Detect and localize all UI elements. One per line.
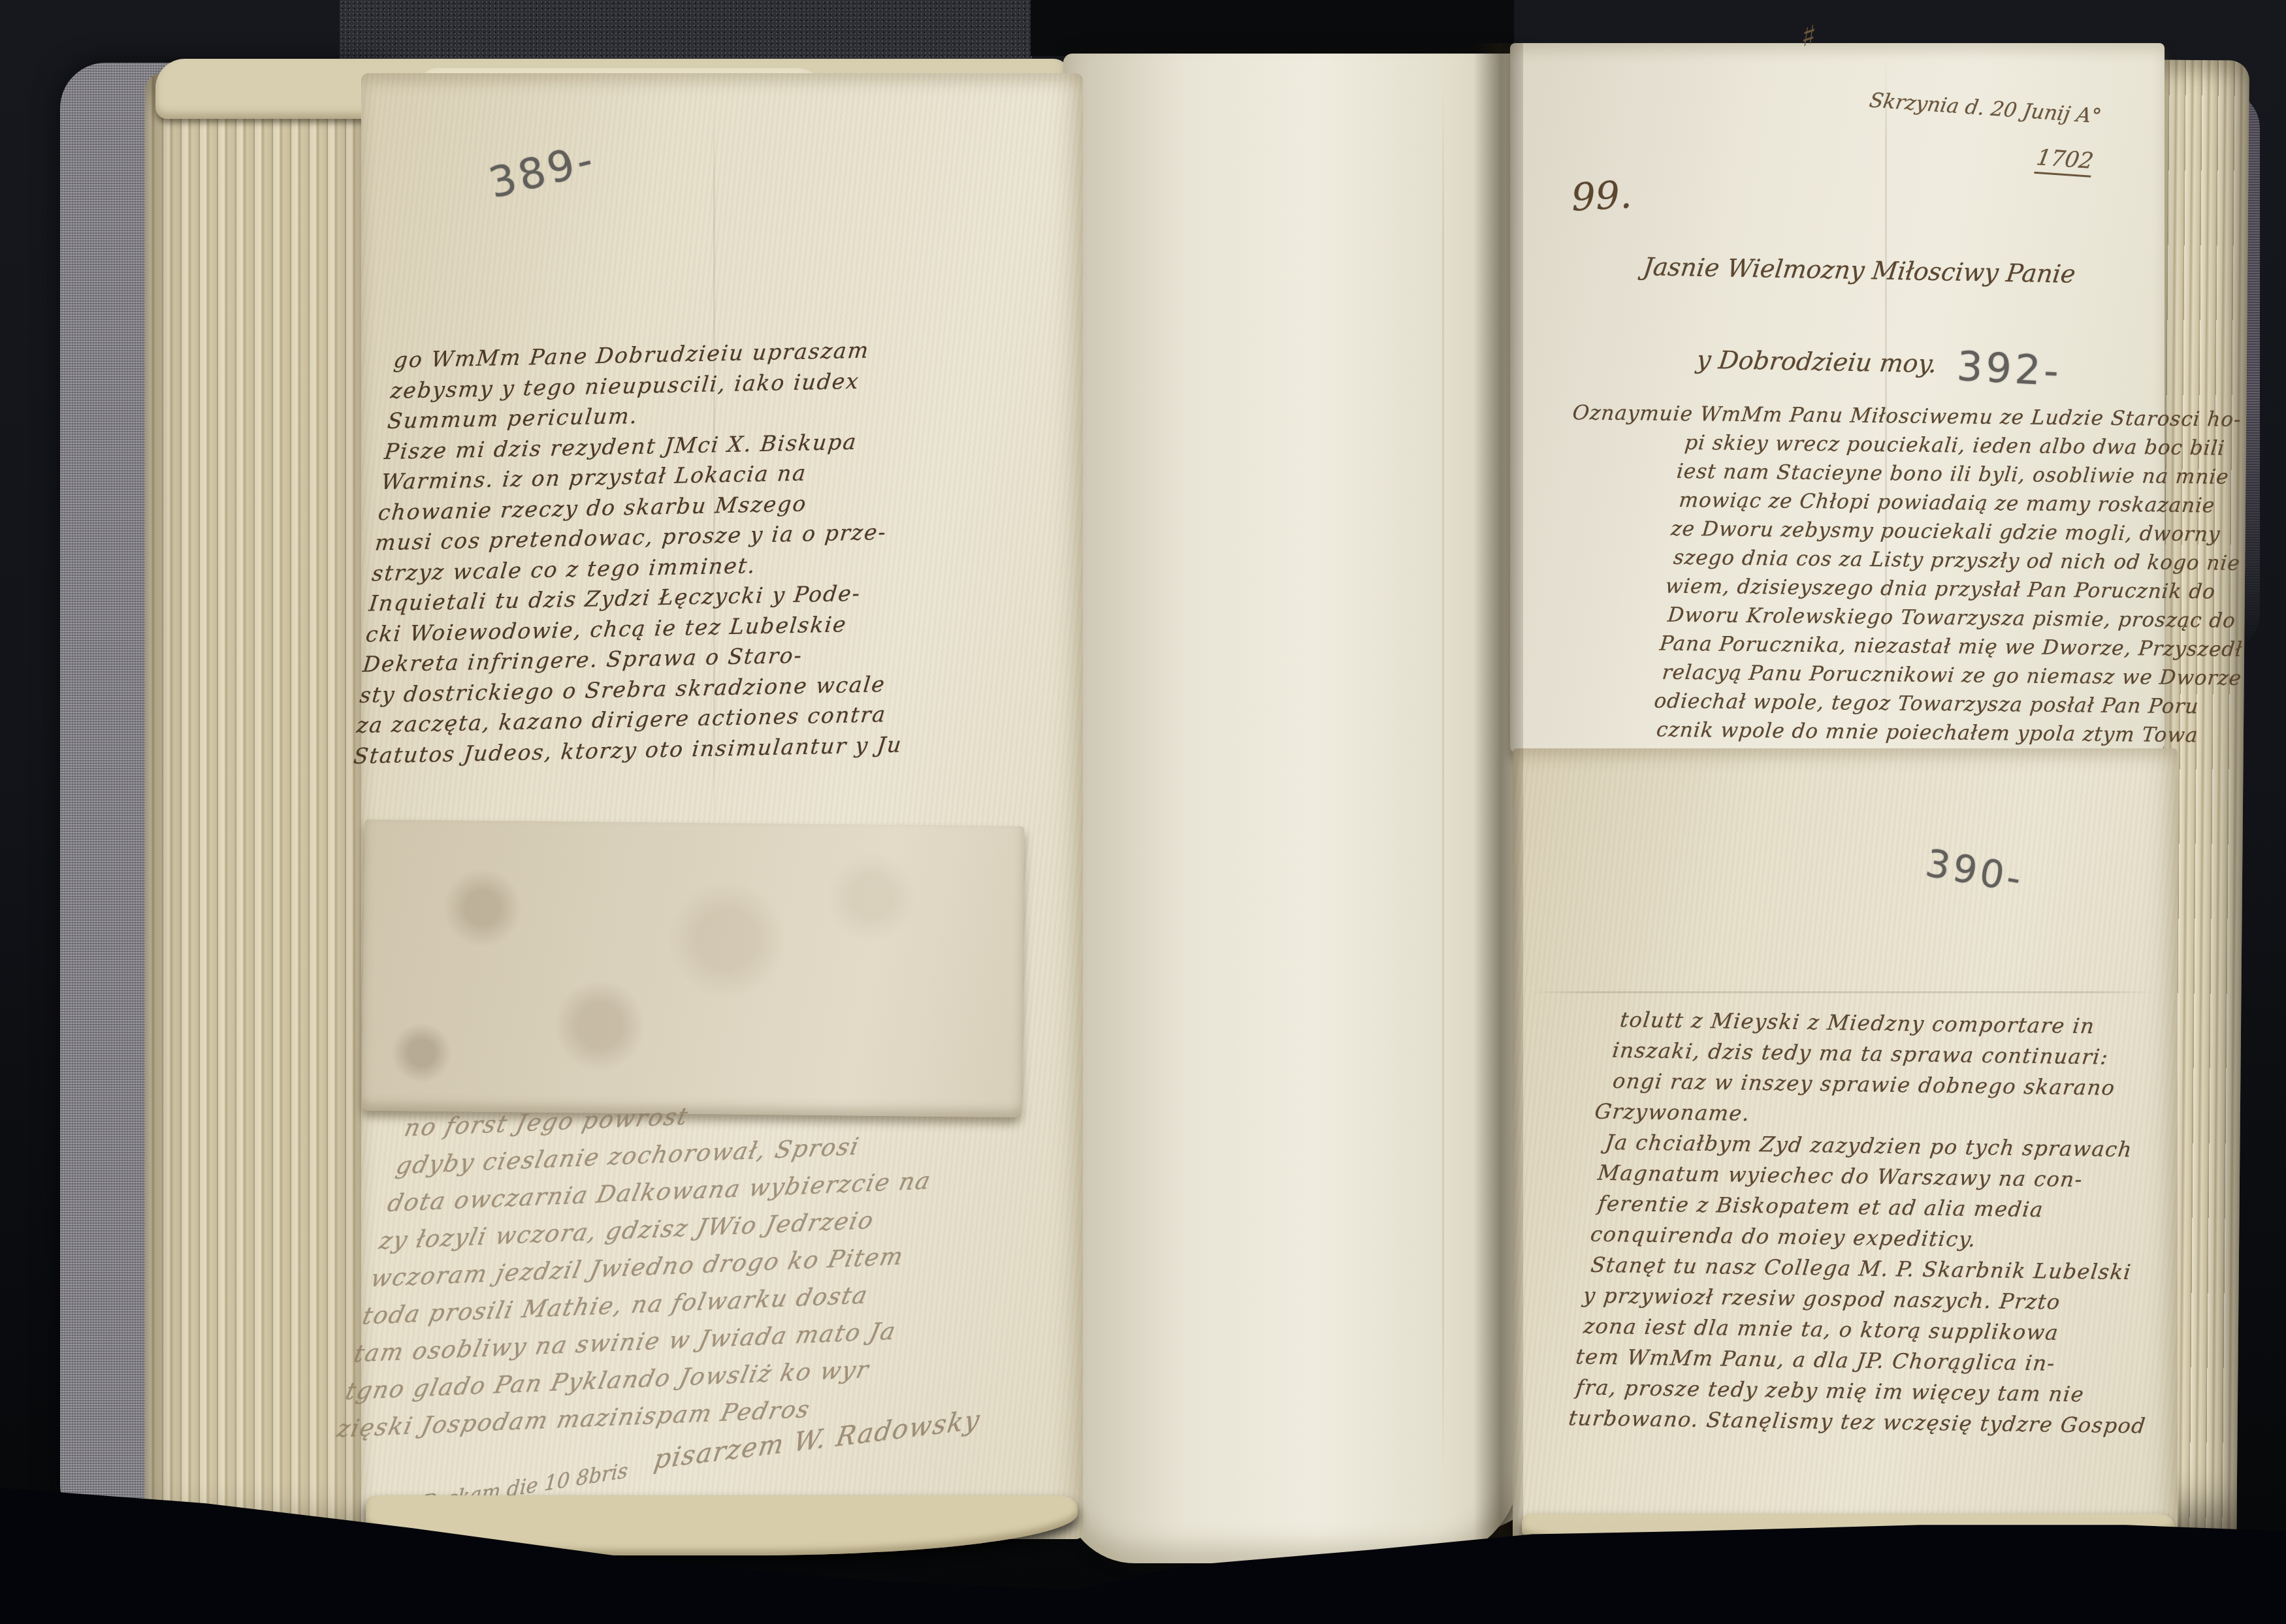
background-gap-top [1031, 0, 1514, 56]
manuscript-photo: 389- go WmMm Pane Dobrudzieiu upraszamze… [0, 0, 2286, 1624]
page-edges-left-stack [145, 73, 375, 1550]
handwritten-line: cznik wpole do mnie poiechałem ypola zty… [1655, 716, 2188, 750]
gutter-shadow [1473, 43, 1523, 1545]
right-lower-crease [1528, 991, 2155, 993]
entry-number-99: 99. [1570, 172, 1633, 220]
guard-seam [1442, 78, 1444, 1482]
right-main-text-block: Oznaymuie WmMm Panu Miłosciwemu ze Ludzi… [1650, 400, 2219, 750]
tipped-in-slip [362, 820, 1025, 1118]
folio-number-392: 392- [1956, 342, 2063, 395]
date-year: 1702 [2034, 144, 2095, 178]
right-postscript-text-block: tolutt z Mieyski z Miedzny comportare in… [1567, 1004, 2206, 1442]
left-faded-text-block: no forst Jego powrostgdyby cieslanie zoc… [333, 1083, 1035, 1448]
book-cover-top-edge [340, 0, 1032, 65]
guard-sheet [1063, 54, 1521, 1563]
salutation-line2: y Dobrodzieiu moy. [1695, 345, 1939, 378]
left-main-text-block: go WmMm Pane Dobrudzieiu upraszamzebysmy… [352, 333, 983, 771]
